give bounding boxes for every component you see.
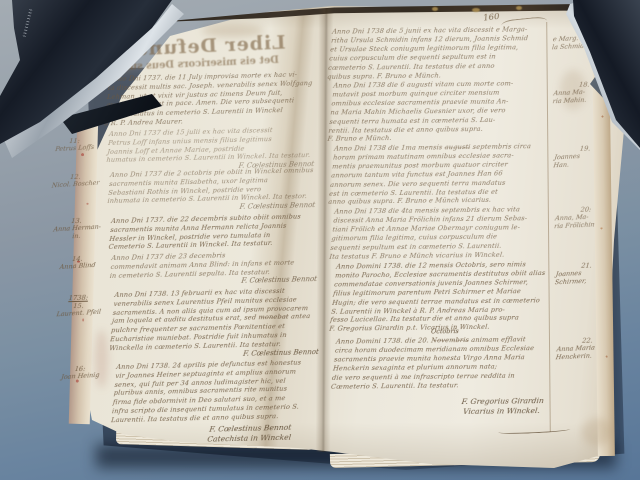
entry-text: Anno Dni 1738 die 1ma mensis a̶u̶g̶u̶s̶t… <box>328 142 547 207</box>
margin-entry: 22. Anna Maria Henckerin. <box>552 336 630 360</box>
closing-signature-right: F. Gregorius Girardin Vicarius in Wincke… <box>401 395 604 417</box>
signature-underline <box>498 427 570 435</box>
register-entry: Anno Domini 1738. die 12 mensis Octobris… <box>332 260 545 334</box>
entry-text: Anno Dni 1738 die 6 augusti vitam cum mo… <box>327 79 546 144</box>
entry-name: Anna Maria Henckerin. <box>555 343 631 362</box>
archival-photo-scene: Liber Defunctorum Det eis misericors Deu… <box>0 0 640 480</box>
entry-name: Joannes Schirmer, <box>554 268 630 287</box>
register-entry: Anno Dni 1738 die 6 augusti vitam cum mo… <box>330 79 543 144</box>
margin-entry: 20: Anna, Ma- ria Frölichin <box>551 205 629 229</box>
register-entry: Anno Dni 1738 die 5 junii ex hac vita di… <box>329 25 542 81</box>
register-entry: Anno Domini 1738. die 20. N̶o̶v̶e̶m̶b̶r̶… <box>333 335 546 391</box>
entry-name: Anna, Ma- ria Frölichin <box>554 212 630 231</box>
entry-name: Joannes Han. <box>553 151 629 170</box>
register-entry: Anno Dni 1738 die 1ma mensis a̶u̶g̶u̶s̶t… <box>331 142 544 207</box>
folio-number: 160 <box>483 12 500 24</box>
inserted-correction-word: Octobris <box>431 327 460 335</box>
margin-entry: 19. Joannes Han. <box>550 144 628 168</box>
entry-text: Anno Domini 1738. die 20. N̶o̶v̶e̶m̶b̶r̶… <box>331 335 549 391</box>
entry-text: Anno Domini 1738. die 12 mensis Octobris… <box>329 260 549 334</box>
entry-text: Anno Dni 1738 die 4ta mensis septembris … <box>329 205 547 261</box>
margin-entry: 21. Joannes Schirmer, <box>551 261 629 285</box>
entry-text: Anno Dni 1738 die 5 junii ex hac vita di… <box>327 25 545 81</box>
register-entry: Anno Dni 1738 die 4ta mensis septembris … <box>332 205 545 261</box>
